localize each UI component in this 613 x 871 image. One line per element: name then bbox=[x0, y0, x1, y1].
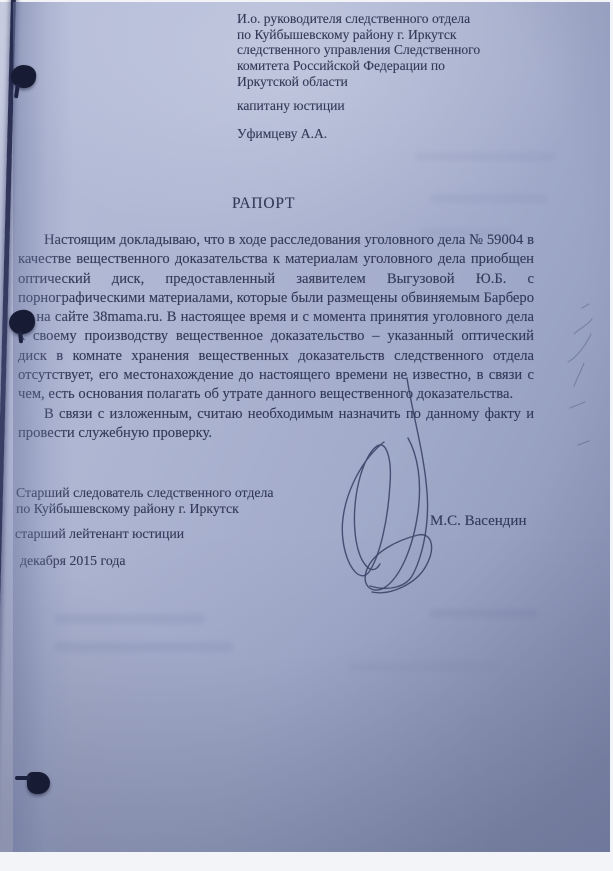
recipient-line: следственного управления Следственного bbox=[237, 42, 572, 58]
signer-position-line: по Куйбышевскому району г. Иркутск bbox=[16, 501, 346, 517]
recipient-line: И.о. руководителя следственного отдела bbox=[237, 11, 572, 27]
show-through-text bbox=[415, 152, 555, 161]
recipient-line: по Куйбышевскому району г. Иркутск bbox=[237, 27, 572, 43]
handwritten-signature bbox=[320, 372, 530, 612]
recipient-line: Иркутской области bbox=[237, 74, 572, 90]
signer-position-block: Старший следователь следственного отдела… bbox=[16, 485, 346, 517]
recipient-line: комитета Российской Федерации по bbox=[237, 58, 572, 74]
document-photo: И.о. руководителя следственного отдела п… bbox=[0, 0, 613, 855]
report-date: декабря 2015 года bbox=[20, 553, 125, 569]
show-through-text bbox=[348, 662, 498, 671]
pen-scratch-marks bbox=[550, 300, 608, 450]
paper-sheet: И.о. руководителя следственного отдела п… bbox=[0, 2, 610, 852]
show-through-text bbox=[55, 614, 205, 624]
recipient-rank: капитану юстиции bbox=[237, 98, 345, 114]
show-through-text bbox=[55, 642, 233, 652]
binding-knot-bottom bbox=[27, 772, 50, 794]
recipient-block: И.о. руководителя следственного отдела п… bbox=[237, 11, 572, 90]
signer-rank: старший лейтенант юстиции bbox=[15, 526, 184, 542]
report-title: РАПОРТ bbox=[232, 195, 295, 213]
show-through-text bbox=[430, 194, 548, 203]
recipient-name: Уфимцеву А.А. bbox=[237, 126, 327, 142]
signer-position-line: Старший следователь следственного отдела bbox=[16, 485, 346, 501]
